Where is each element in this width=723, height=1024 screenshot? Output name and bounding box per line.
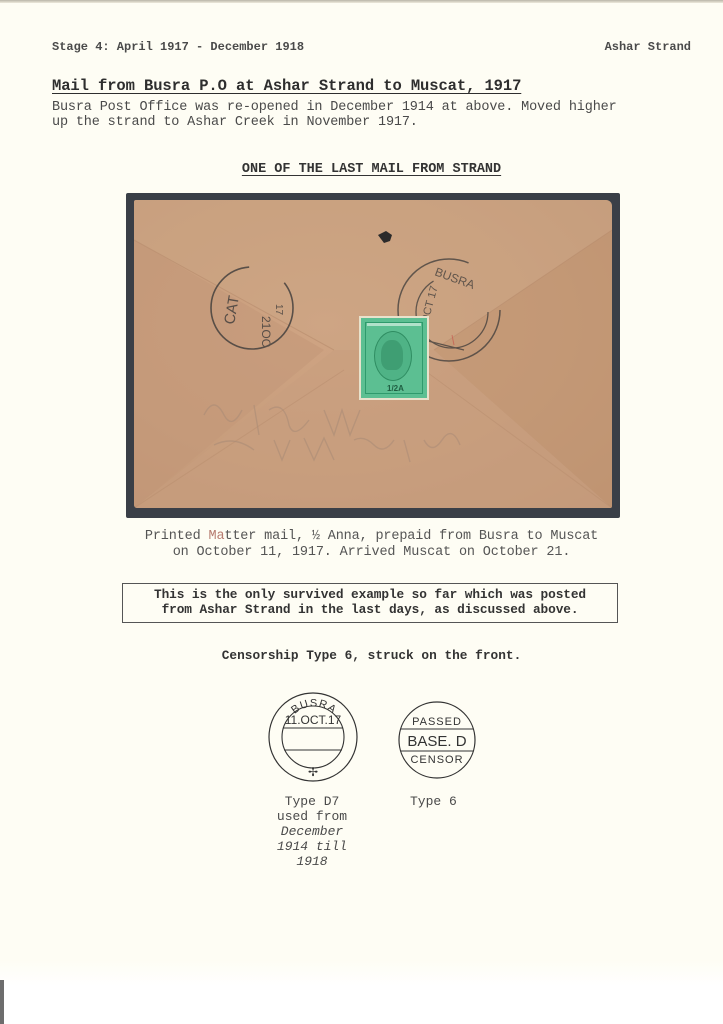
cover-caption: Printed Matter mail, ½ Anna, prepaid fro… — [0, 529, 723, 561]
d7-cross-icon: ✢ — [308, 765, 318, 779]
d7-caption-line: Type D7 — [260, 794, 364, 809]
intro-paragraph: Busra Post Office was re-opened in Decem… — [52, 100, 723, 130]
half-anna-stamp: 1/2A — [361, 318, 427, 398]
svg-text:21OC: 21OC — [259, 316, 273, 348]
caption-text: Printed — [145, 529, 209, 544]
type-6-censor-mark: PASSED BASE. D CENSOR — [396, 700, 480, 789]
location-header: Ashar Strand — [605, 40, 691, 54]
scan-edge-left — [0, 980, 4, 1024]
d7-date: 11.OCT.17 — [285, 713, 342, 727]
censor-bottom-text: CENSOR — [410, 754, 463, 766]
d7-caption-line: used from — [260, 809, 364, 824]
king-portrait-icon — [381, 340, 403, 370]
d7-caption-line: December — [260, 824, 364, 839]
stage-header: Stage 4: April 1917 - December 1918 — [52, 40, 304, 54]
censor-top-text: PASSED — [412, 716, 462, 728]
page-bottom — [0, 960, 723, 1024]
section-heading: ONE OF THE LAST MAIL FROM STRAND — [0, 162, 723, 177]
type6-caption: Type 6 — [410, 794, 457, 809]
caption-highlight: Ma — [209, 529, 225, 544]
censorship-note: Censorship Type 6, struck on the front. — [0, 648, 723, 663]
caption-text-continued: tter mail, ½ Anna, prepaid from Busra to… — [173, 529, 598, 560]
d7-caption-line: 1918 — [260, 854, 364, 869]
scan-edge-top — [0, 0, 723, 3]
note-text: This is the only survived example so far… — [122, 587, 618, 617]
svg-text:17: 17 — [273, 304, 284, 316]
censor-middle-text: BASE. D — [407, 733, 466, 750]
stamp-value: 1/2A — [387, 384, 404, 393]
type-d7-postmark: BUSRA 11.OCT.17 ✢ — [266, 690, 362, 791]
envelope-image: CAT 21OC 17 BUSRA 11 OCT 17 1/2A — [134, 200, 612, 508]
d7-caption-line: 1914 till — [260, 839, 364, 854]
page-title: Mail from Busra P.O at Ashar Strand to M… — [52, 77, 521, 95]
d7-caption: Type D7 used from December 1914 till 191… — [260, 794, 364, 869]
